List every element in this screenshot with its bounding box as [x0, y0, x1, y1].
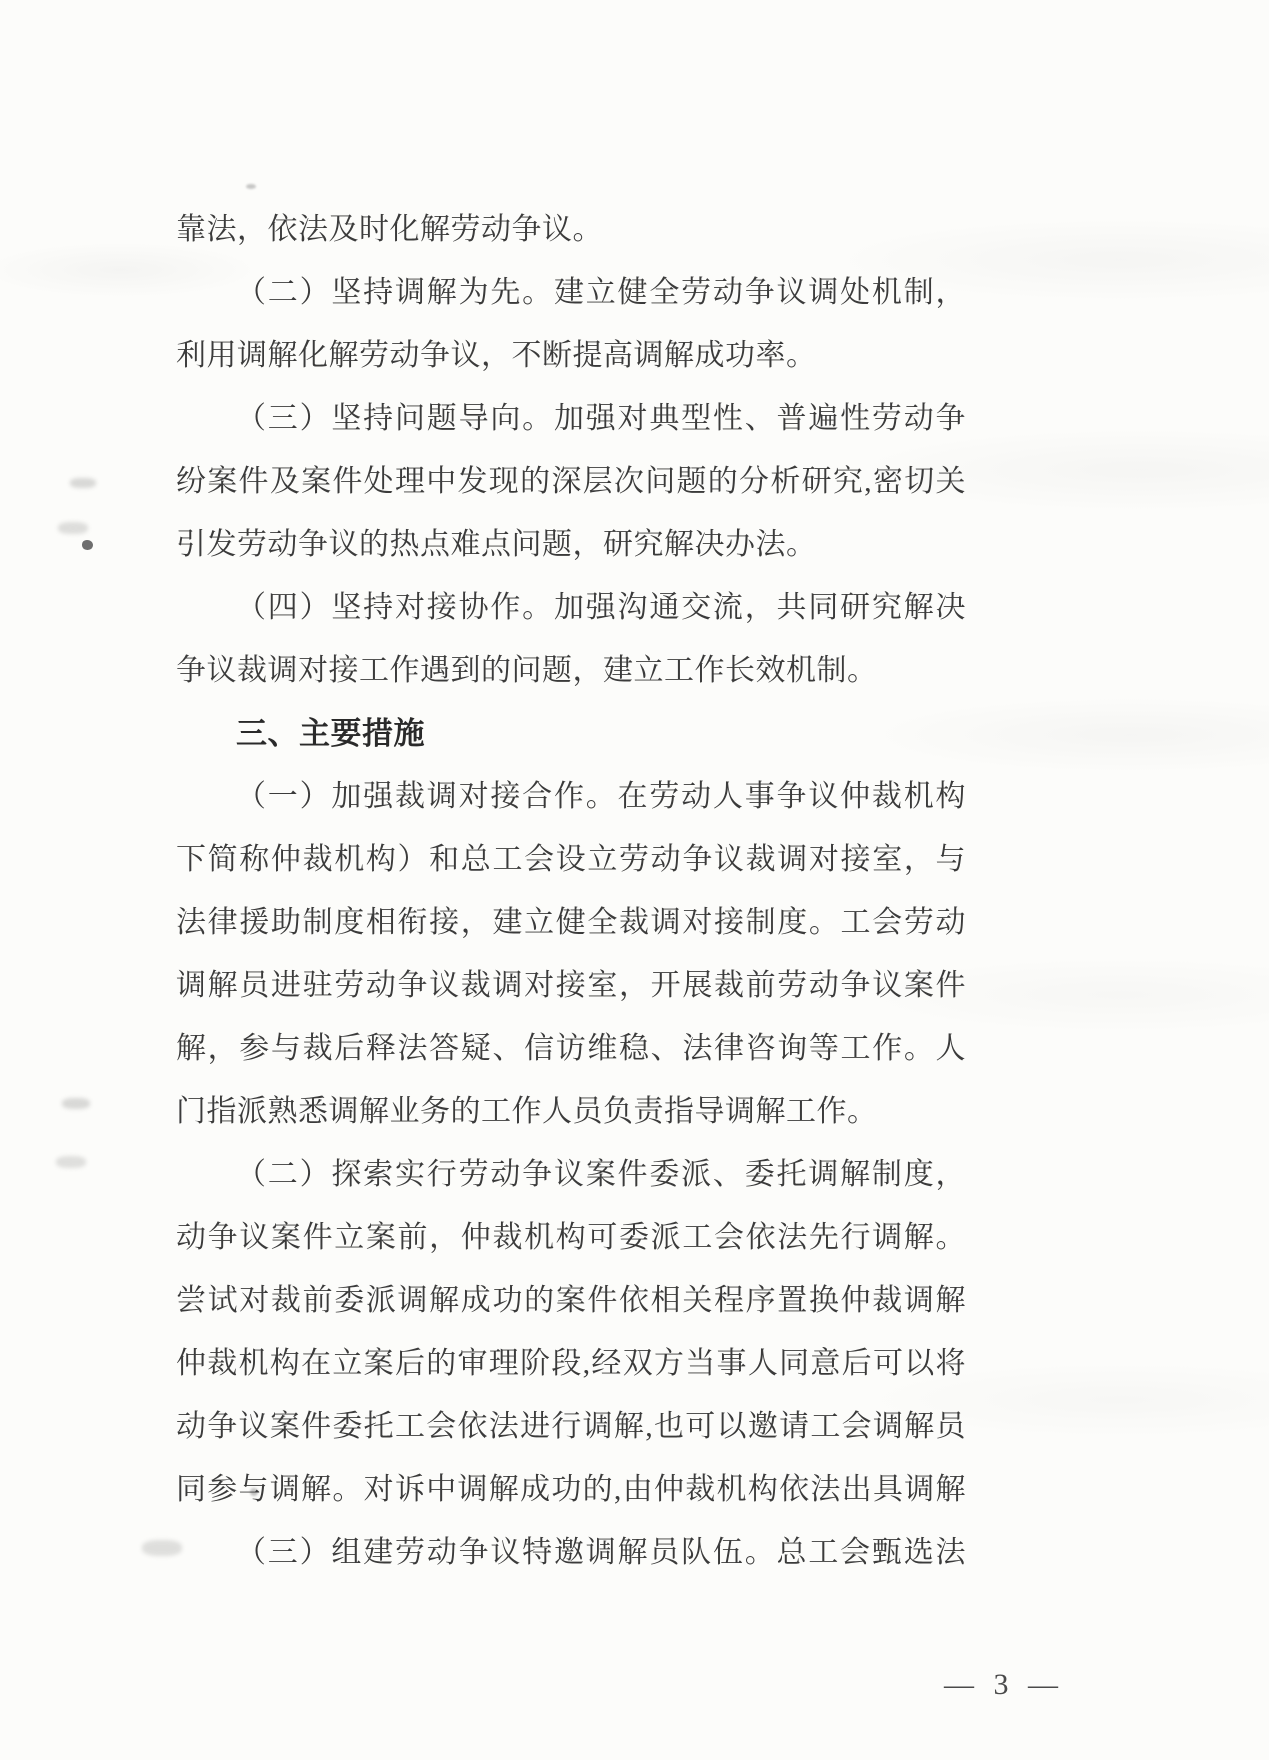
text-line: 同参与调解。对诉中调解成功的,由仲裁机构依法出具调解书。: [176, 1458, 966, 1521]
text-line: 仲裁机构在立案后的审理阶段,经双方当事人同意后可以将劳: [176, 1332, 966, 1395]
text-line: 下简称仲裁机构）和总工会设立劳动争议裁调对接室，与工会: [176, 828, 966, 891]
scan-artifact: [70, 478, 96, 488]
text-line: （一）加强裁调对接合作。在劳动人事争议仲裁机构（以: [176, 765, 966, 828]
text-line: 利用调解化解劳动争议，不断提高调解成功率。: [176, 324, 966, 387]
text-line: 动争议案件委托工会依法进行调解,也可以邀请工会调解员共: [176, 1395, 966, 1458]
text-line: 调解员进驻劳动争议裁调对接室，开展裁前劳动争议案件调: [176, 954, 966, 1017]
text-line: （四）坚持对接协作。加强沟通交流，共同研究解决劳动: [176, 576, 966, 639]
text-line: 靠法，依法及时化解劳动争议。: [176, 198, 966, 261]
text-line: 争议裁调对接工作遇到的问题，建立工作长效机制。: [176, 639, 966, 702]
page-number: — 3 —: [944, 1668, 1064, 1702]
text-line: （三）坚持问题导向。加强对典型性、普遍性劳动争议纠: [176, 387, 966, 450]
text-line: 动争议案件立案前，仲裁机构可委派工会依法先行调解。推进: [176, 1206, 966, 1269]
text-line: 解，参与裁后释法答疑、信访维稳、法律咨询等工作。人社部: [176, 1017, 966, 1080]
scan-artifact: [62, 1098, 90, 1109]
document-body: 靠法，依法及时化解劳动争议。（二）坚持调解为先。建立健全劳动争议调处机制，充分利…: [176, 198, 966, 1584]
section-heading: 三、主要措施: [176, 702, 966, 765]
text-line: （三）组建劳动争议特邀调解员队伍。总工会甄选法律知: [176, 1521, 966, 1584]
scan-artifact: [58, 522, 88, 534]
text-line: （二）探索实行劳动争议案件委派、委托调解制度，在劳: [176, 1143, 966, 1206]
text-line: （二）坚持调解为先。建立健全劳动争议调处机制，充分: [176, 261, 966, 324]
text-line: 法律援助制度相衔接，建立健全裁调对接制度。工会劳动争议: [176, 891, 966, 954]
scan-artifact: [82, 540, 93, 550]
text-line: 纷案件及案件处理中发现的深层次问题的分析研究,密切关注: [176, 450, 966, 513]
text-line: 尝试对裁前委派调解成功的案件依相关程序置换仲裁调解书。: [176, 1269, 966, 1332]
scan-artifact: [246, 184, 256, 189]
text-line: 引发劳动争议的热点难点问题，研究解决办法。: [176, 513, 966, 576]
document-page: 靠法，依法及时化解劳动争议。（二）坚持调解为先。建立健全劳动争议调处机制，充分利…: [0, 0, 1269, 1760]
text-line: 门指派熟悉调解业务的工作人员负责指导调解工作。: [176, 1080, 966, 1143]
scan-artifact: [56, 1156, 86, 1168]
